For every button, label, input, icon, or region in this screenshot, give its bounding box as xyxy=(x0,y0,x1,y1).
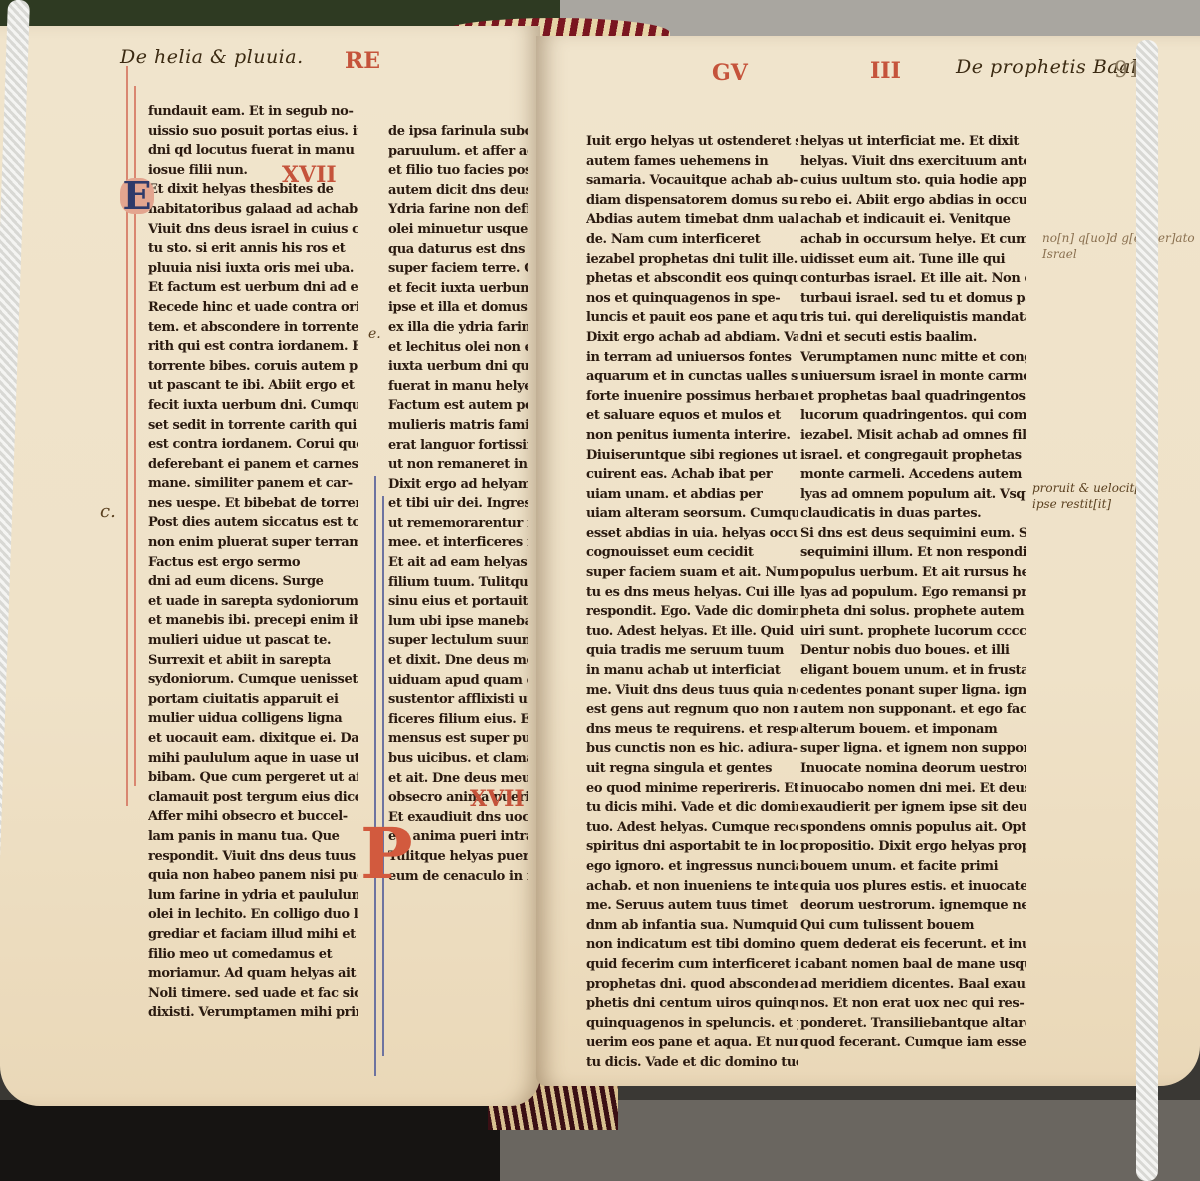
book-heading-roman: III xyxy=(870,58,901,84)
running-head-left: De helia & pluuia. xyxy=(120,46,304,68)
book-heading-left: RE xyxy=(345,48,380,74)
decorated-initial-e: E xyxy=(120,178,154,214)
text-column-2: de ipsa farinula subcinericiumparuulum. … xyxy=(388,122,528,886)
marginal-flourish-blue xyxy=(374,476,376,1076)
left-page: De helia & pluuia. RE fundauit eam. Et i… xyxy=(0,26,540,1106)
text-column-4: helyas ut interficiat me. Et dixithelyas… xyxy=(800,132,1026,1053)
background-bottom-left xyxy=(0,1100,500,1181)
margin-note-c: c. xyxy=(100,504,116,520)
book-heading-right: GV xyxy=(712,60,748,86)
chapter-number-xviii: XVII xyxy=(470,786,525,812)
marginal-flourish-blue-2 xyxy=(382,496,384,1056)
decorated-initial-p: P xyxy=(360,812,413,895)
text-column-1: fundauit eam. Et in segub no-uissio suo … xyxy=(148,102,358,1023)
text-column-3: Iuit ergo helyas ut ostenderet se achab.… xyxy=(586,132,798,1073)
margin-note-e: e. xyxy=(368,326,381,342)
margin-note-israel: no[n] q[uo]d g[e]n[er]ato Israel xyxy=(1042,230,1195,262)
chapter-number-xvii: XVII xyxy=(282,162,337,188)
right-page: GV III De prophetis Baal. 91 Iuit ergo h… xyxy=(536,36,1200,1086)
binding-cord-right xyxy=(1136,40,1158,1181)
